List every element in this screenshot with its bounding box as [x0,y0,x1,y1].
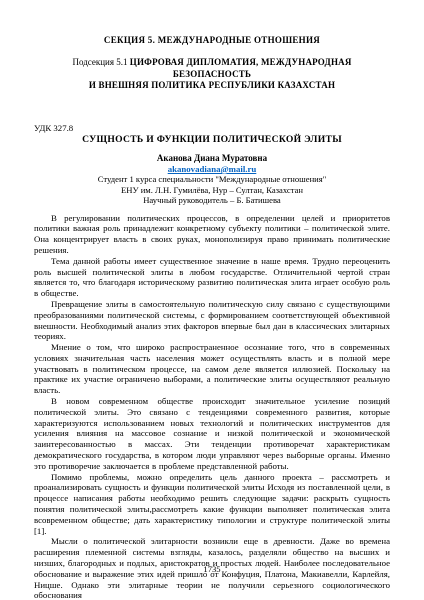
paragraph-elite-transformation: Превращение элиты в самостоятельную поли… [34,299,390,342]
paragraph-illusion-of-participation: Мнение о том, что широко распространенно… [34,342,390,396]
author-affiliation-course: Студент 1 курса специальности "Междунаро… [34,174,390,184]
paragraph-project-goal: Помимо проблемы, можно определить цель д… [34,472,390,537]
subsection-title-line1: ЦИФРОВАЯ ДИПЛОМАТИЯ, МЕЖДУНАРОДНАЯ БЕЗОП… [130,57,352,79]
document-page: СЕКЦИЯ 5. МЕЖДУНАРОДНЫЕ ОТНОШЕНИЯ Подсек… [0,0,424,600]
paragraph-intro: В регулировании политических процессов, … [34,213,390,256]
page-number: 1735 [0,564,424,574]
paragraph-topic-relevance: Тема данной работы имеет существенное зн… [34,256,390,299]
author-affiliation-university: ЕНУ им. Л.Н. Гумилёва, Нур – Султан, Каз… [34,185,390,195]
subsection-header: Подсекция 5.1 ЦИФРОВАЯ ДИПЛОМАТИЯ, МЕЖДУ… [34,57,390,92]
section-header: СЕКЦИЯ 5. МЕЖДУНАРОДНЫЕ ОТНОШЕНИЯ [34,35,390,46]
author-supervisor: Научный руководитель – Б. Батишева [34,195,390,205]
udk-code: УДК 327.8 [34,123,390,133]
author-email-line: akanovadiana@mail.ru [34,163,390,174]
author-name: Аканова Диана Муратовна [34,153,390,163]
author-email-link[interactable]: akanovadiana@mail.ru [168,164,257,174]
subsection-title-line2: И ВНЕШНЯЯ ПОЛИТИКА РЕСПУБЛИКИ КАЗАХСТАН [89,80,335,90]
article-body: В регулировании политических процессов, … [34,213,390,600]
subsection-prefix: Подсекция 5.1 [72,57,129,67]
article-title: СУЩНОСТЬ И ФУНКЦИИ ПОЛИТИЧЕСКОЙ ЭЛИТЫ [34,134,390,145]
paragraph-modern-society: В новом современном обществе происходит … [34,396,390,472]
author-block: Аканова Диана Муратовна akanovadiana@mai… [34,153,390,206]
